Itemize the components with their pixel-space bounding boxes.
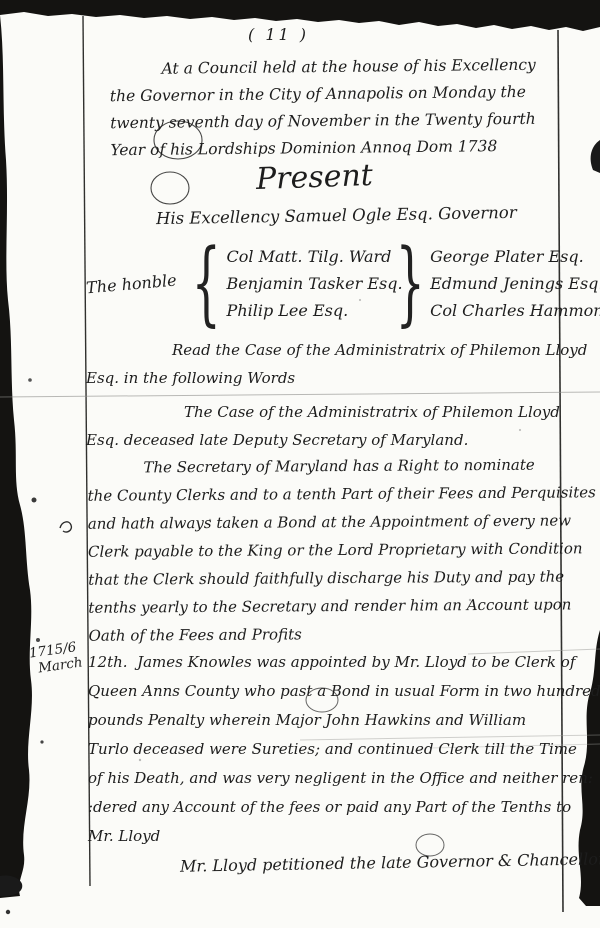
text-line: pounds Penalty wherein Major John Hawkin…	[88, 706, 600, 735]
text-line: The Case of the Administratrix of Philem…	[86, 398, 560, 426]
text-line: Turlo deceased were Sureties; and contin…	[88, 735, 600, 764]
council-member-line: Col Matt. Tilg. Ward	[227, 243, 390, 270]
council-attendees-block: The honble { Col Matt. Tilg. WardBenjami…	[86, 240, 600, 326]
brace-right-icon: }	[395, 240, 424, 326]
paragraph-secretary-right: The Secretary of Maryland has a Right to…	[87, 450, 597, 650]
left-edge-band	[0, 15, 32, 898]
text-line: Read the Case of the Administratrix of P…	[86, 336, 587, 364]
text-line: The Secretary of Maryland has a Right to…	[87, 450, 595, 482]
text-line: the County Clerks and to a tenth Part of…	[88, 478, 596, 510]
council-member-line: Edmund Jenings Esq.	[430, 270, 600, 297]
present-heading: Present	[255, 158, 373, 197]
margin-squiggle-mark	[60, 522, 71, 532]
text-line: :dered any Account of the fees or paid a…	[88, 793, 600, 822]
council-member-line: Col Charles Hammond	[430, 297, 600, 324]
paragraph-case-title: The Case of the Administratrix of Philem…	[86, 398, 560, 454]
paragraph-read-case: Read the Case of the Administratrix of P…	[86, 336, 587, 392]
text-line: Clerk payable to the King or the Lord Pr…	[88, 534, 596, 566]
text-line: Queen Anns County who past a Bond in usu…	[88, 677, 600, 706]
text-line: tenths yearly to the Secretary and rende…	[88, 590, 596, 622]
council-left-column: Col Matt. Tilg. WardBenjamin Tasker Esq.…	[227, 243, 390, 324]
right-edge-blotch-small	[591, 140, 600, 173]
text-line: Esq. deceased late Deputy Secretary of M…	[86, 426, 560, 454]
text-line: Oath of the Fees and Profits	[88, 618, 596, 650]
manuscript-page: ( 11 ) At a Council held at the house of…	[0, 0, 600, 928]
council-member-line: George Plater Esq.	[430, 243, 600, 270]
faint-rule-1	[0, 392, 600, 397]
text-line: and hath always taken a Bond at the Appo…	[88, 506, 596, 538]
council-label: The honble	[85, 269, 186, 297]
page-number: ( 11 )	[248, 25, 309, 44]
text-line: 12th. James Knowles was appointed by Mr.…	[88, 648, 600, 677]
paragraph-opening: At a Council held at the house of his Ex…	[109, 52, 536, 164]
council-right-column: George Plater Esq.Edmund Jenings Esq.Col…	[430, 243, 600, 324]
council-member-line: Philip Lee Esq.	[227, 297, 390, 324]
text-line: Esq. in the following Words	[86, 364, 587, 392]
text-line: that the Clerk should faithfully dischar…	[88, 562, 596, 594]
council-member-line: Benjamin Tasker Esq.	[227, 270, 390, 297]
paragraph-knowles-appointment: 12th. James Knowles was appointed by Mr.…	[88, 648, 600, 851]
brace-left-icon: {	[192, 240, 221, 326]
flourish	[151, 172, 189, 204]
text-line: of his Death, and was very negligent in …	[88, 764, 600, 793]
